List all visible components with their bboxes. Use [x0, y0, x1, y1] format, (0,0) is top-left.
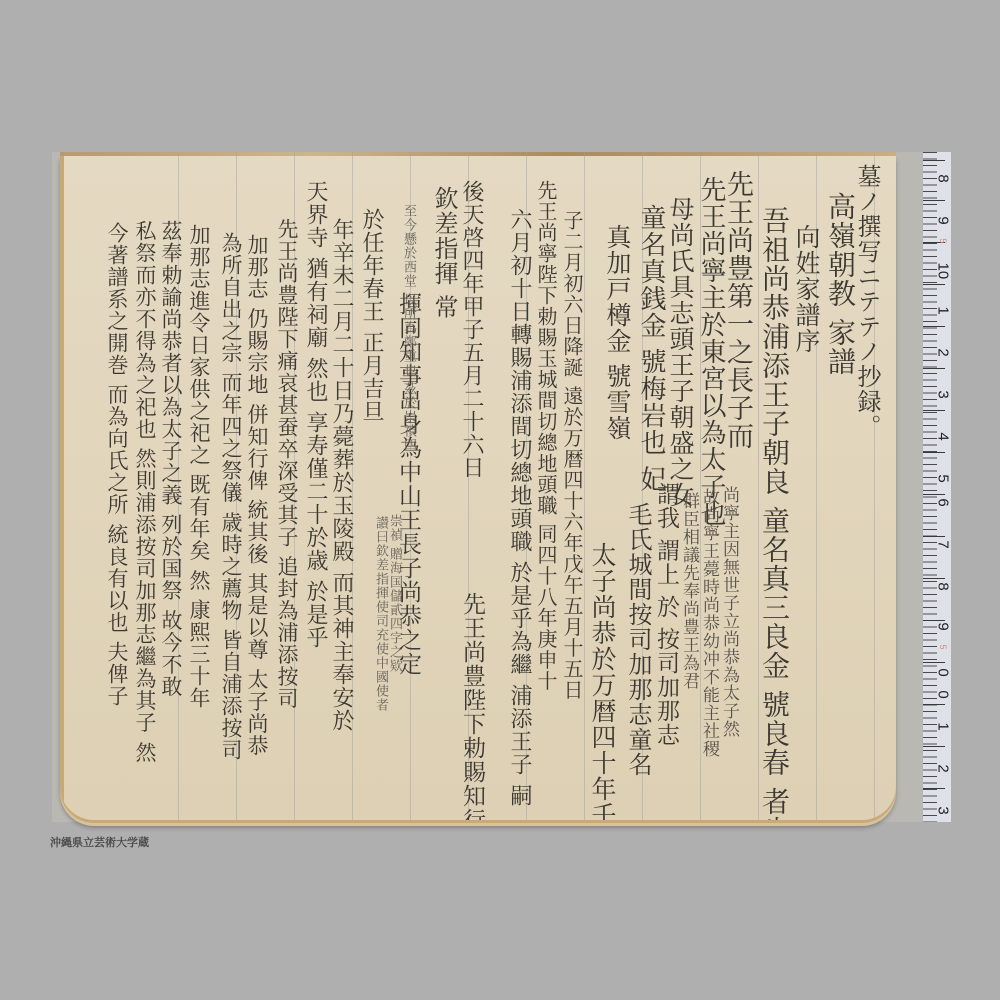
- ruler-major-tick: [923, 452, 945, 453]
- manuscript-column: 真加戸樽金 號雪嶺: [605, 224, 630, 441]
- manuscript-column: 毛氏城間按司加那志童名: [626, 502, 650, 777]
- measuring-ruler: 8 9 5 10 1 2 3 4 5 6 7 8 9 5 0 0 1 2 3: [922, 152, 951, 822]
- manuscript-column: 於任年春王 正月吉旦: [360, 208, 382, 423]
- manuscript-page: 墓ノ撰写ニテテノ抄録。 高嶺朝教 家譜 向姓家譜序 吾祖尚恭浦添王子朝良 童名真…: [60, 152, 896, 820]
- annotation-column: 讃曰欽差指揮使司充使中國使者: [374, 516, 387, 712]
- ruler-label: 9: [935, 213, 952, 229]
- annotation-column: 群臣相議先奉尚豊王為君: [680, 492, 697, 690]
- manuscript-column: 先王尚豊陛下勅賜知行高三千斛 時有: [460, 592, 483, 820]
- ruler-major-tick: [923, 410, 945, 411]
- annotation-column: 尚寧主因無世子立尚恭為太子然: [720, 486, 737, 738]
- manuscript-column: 私祭而亦不得為之祀也 然則浦添按司加那志繼為其子 然: [134, 220, 155, 763]
- ruler-major-tick: [923, 746, 945, 747]
- ruler-label: 3: [935, 387, 952, 403]
- collection-credit: 沖縄県立芸術大学蔵: [50, 834, 149, 850]
- ruler-label: 5: [938, 639, 948, 655]
- ruler-label: 6: [935, 495, 952, 511]
- ruler-label: 2: [935, 761, 952, 777]
- ruler-major-tick: [923, 704, 945, 705]
- page-left-edge: [60, 152, 64, 820]
- manuscript-column: 先王尚寧陛下勅賜玉城間切總地頭職 同四十八年庚申十: [536, 180, 556, 691]
- ruler-major-tick: [923, 284, 945, 285]
- manuscript-column: 後天啓四年甲子五月二十六日: [460, 180, 482, 479]
- rule-line: [584, 152, 585, 820]
- ruler-label: 3: [935, 803, 952, 819]
- manuscript-column: 為所自出之宗 而年四之祭儀 歳時之薦物 皆自浦添按司: [220, 232, 241, 761]
- manuscript-column: 母尚氏具志頭王子朝盛之女: [668, 196, 693, 508]
- ruler-label: 5: [935, 471, 952, 487]
- manuscript-column: 天界寺 猶有祠廟 然也 享寿僅二十於歳 於是乎: [304, 180, 326, 649]
- manuscript-column: 吾祖尚恭浦添王子朝良 童名真三良金 號良春 者也: [760, 206, 788, 820]
- ruler-label: 8: [935, 579, 952, 595]
- manuscript-column: 向姓家譜序: [794, 224, 819, 354]
- manuscript-column: 墓ノ撰写ニテテノ抄録。: [855, 164, 879, 439]
- manuscript-column: 六月初十日轉賜浦添間切總地頭職 於是乎為繼 浦添王子 嗣: [508, 208, 530, 807]
- manuscript-column: 加那志進令日家供之祀之 既有年矣 然 康熙三十年: [188, 224, 209, 709]
- manuscript-column: 今著譜系之開巻 而為向氏之所 統良有以也 夫俾子: [106, 222, 127, 707]
- ruler-major-tick: [923, 160, 945, 161]
- manuscript-column: 加那志 仍賜宗地 併知行俾 統其後 其是以尊 太子尚恭: [246, 234, 267, 756]
- ruler-label: 0: [935, 665, 952, 681]
- manuscript-column: 童名真銭金 號梅岩也 妃: [638, 204, 664, 493]
- ruler-label: 8: [935, 171, 952, 187]
- annotation-column: 故尚寧王薨時尚恭幼冲不能主社稷: [700, 488, 717, 758]
- ruler-label: 5: [938, 233, 948, 249]
- manuscript-column: 先王尚豊第一之長子而: [724, 170, 751, 450]
- manuscript-column: 謂我 謂上 於 按司加那志: [654, 482, 677, 747]
- manuscript-column: 先王尚豊陛下痛哀甚蚕卒深受其子 追封為浦添按司: [276, 218, 297, 710]
- ruler-major-tick: [923, 788, 945, 789]
- manuscript-column: 欽差指揮 常: [432, 186, 456, 320]
- ruler-label: 10: [935, 263, 952, 279]
- ruler-label: 1: [935, 303, 952, 319]
- manuscript-column: 先王尚寧主於東宮以為太子也: [698, 176, 724, 527]
- ruler-major-tick: [923, 368, 945, 369]
- page-top-edge: [60, 152, 896, 156]
- ruler-major-tick: [923, 662, 945, 663]
- ruler-label: 7: [935, 537, 952, 553]
- ruler-major-tick: [923, 326, 945, 327]
- ruler-label: 1: [935, 719, 952, 735]
- manuscript-column: 子二月初六日降誕 遠於万暦四十六年戊午五月十五日: [562, 210, 582, 700]
- manuscript-column: 年辛未二月二十日乃薨葬於玉陵殿 而其神主奉安於: [330, 218, 352, 732]
- annotation-column: 至今懸於西堂 以所為鄭重也 茲於崇禎四: [402, 204, 415, 452]
- manuscript-column: 茲奉勅諭尚恭者以為太子之義 列於国祭 故今不敢: [160, 220, 181, 697]
- manuscript-column: 太子尚恭於万暦四十年壬: [590, 542, 615, 820]
- ruler-label: 0: [935, 687, 952, 703]
- ruler-label: 9: [935, 619, 952, 635]
- ruler-major-tick: [923, 200, 945, 201]
- ruler-label: 4: [935, 429, 952, 445]
- ruler-label: 2: [935, 345, 952, 361]
- manuscript-column: 高嶺朝教 家譜: [826, 192, 854, 376]
